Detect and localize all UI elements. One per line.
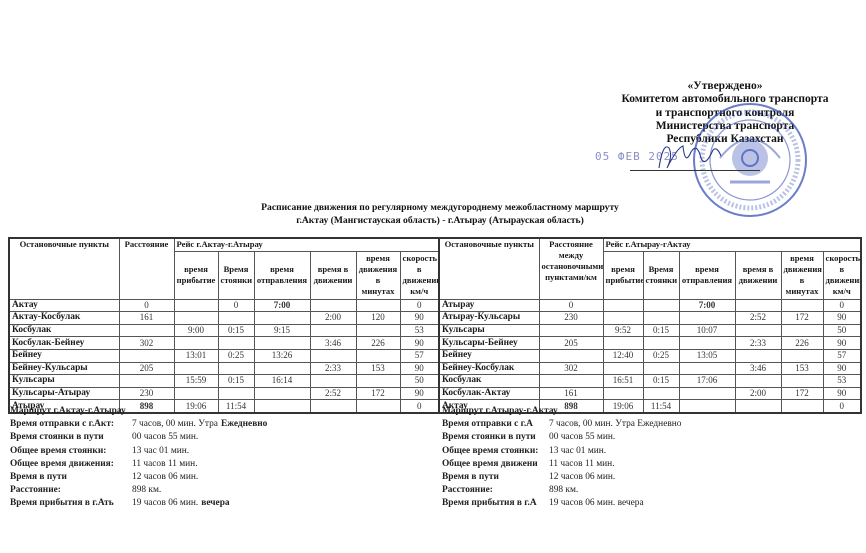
summary-value: 898 км. <box>130 484 161 497</box>
stop-name-cell: Бейнеу-Кульсары <box>9 362 119 375</box>
value-cell: 2:00 <box>310 312 356 325</box>
value-cell: 302 <box>539 362 603 375</box>
header-speed: скорость в движении км/ч <box>823 251 861 299</box>
schedule-table-atyrau-aktau: Остановочные пункты Расстояние между ост… <box>438 237 862 414</box>
value-cell: 7:00 <box>254 299 310 312</box>
stop-name-cell: Косбулак <box>439 375 539 388</box>
value-cell <box>643 362 679 375</box>
summary-value: 11 часов 11 мин. <box>547 458 615 471</box>
value-cell <box>735 299 781 312</box>
value-cell: 161 <box>119 312 174 325</box>
summary-label: Общее время движени <box>442 458 547 471</box>
summary-value: 00 часов 55 мин. <box>130 431 198 444</box>
value-cell <box>643 299 679 312</box>
summary-row: Общее время движени11 часов 11 мин. <box>442 458 681 471</box>
value-cell <box>174 337 218 350</box>
value-cell: 10:07 <box>679 324 735 337</box>
summary-label: Расстояние: <box>10 484 130 497</box>
value-cell <box>539 349 603 362</box>
value-cell: 90 <box>400 337 439 350</box>
summary-row: Общее время движения:11 часов 11 мин. <box>10 458 267 471</box>
value-cell <box>119 324 174 337</box>
value-cell: 90 <box>823 337 861 350</box>
value-cell: 0 <box>823 299 861 312</box>
value-cell: 9:52 <box>603 324 643 337</box>
value-cell: 13:26 <box>254 349 310 362</box>
header-minutes: время движения в минутах <box>356 251 400 299</box>
value-cell <box>735 324 781 337</box>
summary-value: 898 км. <box>547 484 578 497</box>
value-cell: 0:15 <box>643 324 679 337</box>
summary-row: Время прибытия в г.Ать19 часов 06 мин.ве… <box>10 497 267 510</box>
summary-row: Расстояние:898 км. <box>442 484 681 497</box>
table-row: Кульсары15:590:1516:1450 <box>9 375 439 388</box>
value-cell: 17:06 <box>679 375 735 388</box>
stop-name-cell: Косбулак-Актау <box>439 387 539 400</box>
stop-name-cell: Кульсары <box>9 375 119 388</box>
value-cell: 2:33 <box>310 362 356 375</box>
summary-label: Время отправки с г.А <box>442 418 547 431</box>
value-cell: 0:15 <box>218 375 254 388</box>
value-cell: 9:00 <box>174 324 218 337</box>
value-cell: 13:01 <box>174 349 218 362</box>
stop-name-cell: Атырау-Кульсары <box>439 312 539 325</box>
header-travel-time: время в движении <box>735 251 781 299</box>
value-cell: 0 <box>823 400 861 413</box>
header-stop-time: Время стоянки <box>643 251 679 299</box>
route-summary-atyrau-aktau: Маршрут г.Атырау-г.Актау Время отправки … <box>442 405 681 511</box>
value-cell <box>254 312 310 325</box>
summary-row: Время отправки с г.А7 часов, 00 мин. Утр… <box>442 418 681 431</box>
stop-name-cell: Актау <box>9 299 119 312</box>
title-line-1: Расписание движения по регулярному между… <box>250 201 630 214</box>
value-cell: 0 <box>400 299 439 312</box>
value-cell <box>735 400 781 413</box>
stop-name-cell: Бейнеу <box>439 349 539 362</box>
value-cell: 2:00 <box>735 387 781 400</box>
table-row: Косбулак-Актау1612:0017290 <box>439 387 861 400</box>
value-cell <box>119 375 174 388</box>
value-cell <box>679 362 735 375</box>
value-cell: 53 <box>400 324 439 337</box>
summary-label: Время прибытия в г.А <box>442 497 547 510</box>
value-cell: 90 <box>823 362 861 375</box>
summary-row: Время стоянки в пути00 часов 55 мин. <box>10 431 267 444</box>
value-cell: 16:51 <box>603 375 643 388</box>
stop-name-cell: Бейнеу-Косбулак <box>439 362 539 375</box>
summary-value: 13 час 01 мин. <box>130 445 189 458</box>
value-cell: 16:14 <box>254 375 310 388</box>
table-body: Атырау07:000Атырау-Кульсары2302:5217290К… <box>439 299 861 413</box>
value-cell: 172 <box>781 312 823 325</box>
value-cell: 57 <box>823 349 861 362</box>
value-cell: 13:05 <box>679 349 735 362</box>
stop-name-cell: Кульсары <box>439 324 539 337</box>
value-cell <box>603 387 643 400</box>
value-cell <box>254 387 310 400</box>
value-cell: 205 <box>539 337 603 350</box>
summary-label: Время стоянки в пути <box>442 431 547 444</box>
header-trip: Рейс г.Актау-г.Атырау <box>174 238 439 251</box>
summary-label: Время стоянки в пути <box>10 431 130 444</box>
value-cell <box>310 299 356 312</box>
value-cell <box>119 349 174 362</box>
header-speed: скорость в движении км/ч <box>400 251 439 299</box>
value-cell <box>679 312 735 325</box>
value-cell: 0 <box>539 299 603 312</box>
stop-name-cell: Атырау <box>439 299 539 312</box>
value-cell: 226 <box>781 337 823 350</box>
header-trip: Рейс г.Атырау-гАктау <box>603 238 861 251</box>
stop-name-cell: Актау-Косбулак <box>9 312 119 325</box>
value-cell: 153 <box>356 362 400 375</box>
value-cell <box>603 312 643 325</box>
table-row: Бейнеу-Косбулак3023:4615390 <box>439 362 861 375</box>
value-cell: 226 <box>356 337 400 350</box>
value-cell: 0 <box>119 299 174 312</box>
summary-heading: Маршрут г.Атырау-г.Актау <box>442 405 681 418</box>
document-title: Расписание движения по регулярному между… <box>250 201 630 227</box>
approval-line: «Утверждено» <box>585 80 865 93</box>
value-cell <box>643 387 679 400</box>
summary-value: 00 часов 55 мин. <box>547 431 615 444</box>
summary-rows: Время отправки с г.Акт:7 часов, 00 мин. … <box>10 418 267 510</box>
value-cell <box>310 324 356 337</box>
header-travel-time: время в движении <box>310 251 356 299</box>
stop-name-cell: Косбулак <box>9 324 119 337</box>
signature-line <box>630 170 760 171</box>
value-cell <box>356 375 400 388</box>
value-cell <box>218 387 254 400</box>
value-cell <box>310 375 356 388</box>
value-cell <box>643 337 679 350</box>
value-cell: 230 <box>119 387 174 400</box>
header-arrival: время прибытие <box>174 251 218 299</box>
summary-label: Время в пути <box>10 471 130 484</box>
table-row: Актау-Косбулак1612:0012090 <box>9 312 439 325</box>
value-cell <box>174 362 218 375</box>
stop-name-cell: Бейнеу <box>9 349 119 362</box>
table-row: Бейнеу13:010:2513:2657 <box>9 349 439 362</box>
header-minutes: время движения в минутах <box>781 251 823 299</box>
value-cell: 172 <box>356 387 400 400</box>
value-cell: 3:46 <box>310 337 356 350</box>
value-cell: 3:46 <box>735 362 781 375</box>
table-row: Кульсары-Атырау2302:5217290 <box>9 387 439 400</box>
header-stops: Остановочные пункты <box>439 238 539 299</box>
value-cell: 9:15 <box>254 324 310 337</box>
value-cell <box>679 387 735 400</box>
table-row: Кульсары9:520:1510:0750 <box>439 324 861 337</box>
value-cell: 15:59 <box>174 375 218 388</box>
value-cell <box>254 362 310 375</box>
table-row: Кульсары-Бейнеу2052:3322690 <box>439 337 861 350</box>
summary-row: Время стоянки в пути00 часов 55 мин. <box>442 431 681 444</box>
header-stops: Остановочные пункты <box>9 238 119 299</box>
summary-row: Время отправки с г.Акт:7 часов, 00 мин. … <box>10 418 267 431</box>
value-cell <box>781 400 823 413</box>
value-cell: 0 <box>400 400 439 413</box>
value-cell <box>218 337 254 350</box>
value-cell <box>781 299 823 312</box>
value-cell: 0 <box>218 299 254 312</box>
value-cell: 53 <box>823 375 861 388</box>
value-cell: 230 <box>539 312 603 325</box>
value-cell: 205 <box>119 362 174 375</box>
value-cell <box>174 312 218 325</box>
summary-label: Расстояние: <box>442 484 547 497</box>
value-cell <box>643 312 679 325</box>
value-cell: 153 <box>781 362 823 375</box>
header-departure: время отправления <box>679 251 735 299</box>
value-cell: 302 <box>119 337 174 350</box>
value-cell <box>603 337 643 350</box>
value-cell <box>310 349 356 362</box>
stop-name-cell: Кульсары-Атырау <box>9 387 119 400</box>
summary-label: Время отправки с г.Акт: <box>10 418 130 431</box>
value-cell <box>356 349 400 362</box>
value-cell <box>218 362 254 375</box>
summary-row: Общее время стоянки:13 час 01 мин. <box>442 445 681 458</box>
table-row: Косбулак16:510:1517:0653 <box>439 375 861 388</box>
value-cell: 12:40 <box>603 349 643 362</box>
summary-rows: Время отправки с г.А7 часов, 00 мин. Утр… <box>442 418 681 510</box>
summary-label: Общее время стоянки: <box>10 445 130 458</box>
title-line-2: г.Актау (Мангистауская область) - г.Атыр… <box>250 214 630 227</box>
value-cell: 90 <box>823 387 861 400</box>
summary-value: 7 часов, 00 мин. Утра <box>130 418 218 431</box>
table-row: Актау007:000 <box>9 299 439 312</box>
summary-extra: вечера <box>198 497 229 510</box>
summary-row: Время прибытия в г.А19 часов 06 мин. веч… <box>442 497 681 510</box>
table-row: Бейнеу-Кульсары2052:3315390 <box>9 362 439 375</box>
summary-label: Общее время стоянки: <box>442 445 547 458</box>
schedule-table-aktau-atyrau: Остановочные пункты Расстояние Рейс г.Ак… <box>8 237 440 414</box>
value-cell <box>679 337 735 350</box>
value-cell: 120 <box>356 312 400 325</box>
table-row: Косбулак9:000:159:1553 <box>9 324 439 337</box>
summary-value: 19 часов 06 мин. вечера <box>547 497 644 510</box>
value-cell: 2:52 <box>310 387 356 400</box>
summary-value: 12 часов 06 мин. <box>130 471 198 484</box>
value-cell: 0:15 <box>643 375 679 388</box>
value-cell <box>356 400 400 413</box>
value-cell <box>679 400 735 413</box>
value-cell: 90 <box>400 362 439 375</box>
value-cell: 57 <box>400 349 439 362</box>
summary-value: 13 час 01 мин. <box>547 445 606 458</box>
value-cell <box>174 387 218 400</box>
value-cell: 0:25 <box>643 349 679 362</box>
value-cell: 0:25 <box>218 349 254 362</box>
summary-value: 7 часов, 00 мин. Утра Ежедневно <box>547 418 681 431</box>
value-cell <box>310 400 356 413</box>
table-row: Косбулак-Бейнеу3023:4622690 <box>9 337 439 350</box>
value-cell <box>174 299 218 312</box>
value-cell: 90 <box>823 312 861 325</box>
route-summary-aktau-atyrau: Маршрут г.Актау-г.Атырау Время отправки … <box>10 405 267 511</box>
signature-icon <box>655 138 725 174</box>
value-cell: 50 <box>823 324 861 337</box>
header-distance: Расстояние между остановочными пунктами/… <box>539 238 603 299</box>
value-cell <box>539 324 603 337</box>
summary-value: 12 часов 06 мин. <box>547 471 615 484</box>
value-cell <box>735 349 781 362</box>
header-distance: Расстояние <box>119 238 174 299</box>
summary-label: Время в пути <box>442 471 547 484</box>
value-cell: 90 <box>400 387 439 400</box>
value-cell: 161 <box>539 387 603 400</box>
value-cell <box>356 324 400 337</box>
value-cell: 50 <box>400 375 439 388</box>
summary-row: Время в пути12 часов 06 мин. <box>442 471 681 484</box>
value-cell: 2:52 <box>735 312 781 325</box>
summary-row: Расстояние:898 км. <box>10 484 267 497</box>
table-row: Атырау-Кульсары2302:5217290 <box>439 312 861 325</box>
summary-value: 19 часов 06 мин. <box>130 497 198 510</box>
value-cell <box>735 375 781 388</box>
summary-extra: Ежедневно <box>218 418 267 431</box>
table-row: Бейнеу12:400:2513:0557 <box>439 349 861 362</box>
value-cell <box>781 349 823 362</box>
value-cell <box>603 362 643 375</box>
stop-name-cell: Косбулак-Бейнеу <box>9 337 119 350</box>
summary-row: Время в пути12 часов 06 мин. <box>10 471 267 484</box>
header-arrival: время прибытие <box>603 251 643 299</box>
value-cell: 0:15 <box>218 324 254 337</box>
value-cell <box>781 375 823 388</box>
value-cell: 172 <box>781 387 823 400</box>
summary-row: Общее время стоянки:13 час 01 мин. <box>10 445 267 458</box>
summary-heading: Маршрут г.Актау-г.Атырау <box>10 405 267 418</box>
header-departure: время отправления <box>254 251 310 299</box>
value-cell <box>254 337 310 350</box>
value-cell <box>356 299 400 312</box>
value-cell <box>603 299 643 312</box>
value-cell: 2:33 <box>735 337 781 350</box>
summary-value: 11 часов 11 мин. <box>130 458 198 471</box>
table-body: Актау007:000Актау-Косбулак1612:0012090Ко… <box>9 299 439 413</box>
value-cell: 7:00 <box>679 299 735 312</box>
table-row: Атырау07:000 <box>439 299 861 312</box>
value-cell: 90 <box>400 312 439 325</box>
summary-label: Общее время движения: <box>10 458 130 471</box>
value-cell <box>781 324 823 337</box>
value-cell <box>539 375 603 388</box>
header-stop-time: Время стоянки <box>218 251 254 299</box>
value-cell <box>218 312 254 325</box>
stop-name-cell: Кульсары-Бейнеу <box>439 337 539 350</box>
summary-label: Время прибытия в г.Ать <box>10 497 130 510</box>
